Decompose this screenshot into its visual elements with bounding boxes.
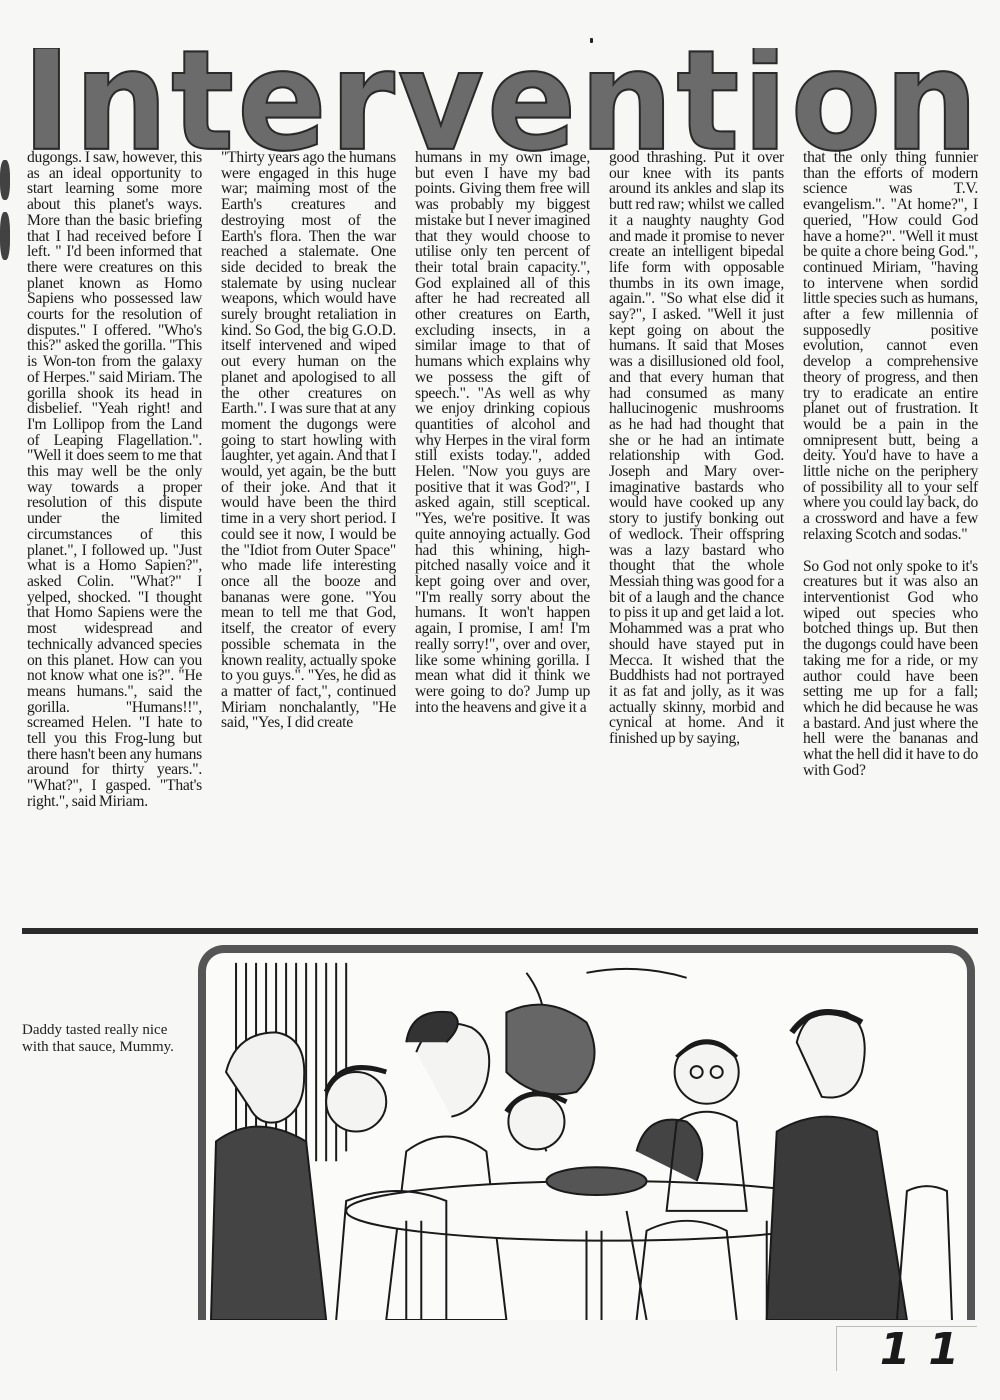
text-column-3: humans in my own image, but even I have … xyxy=(415,150,590,918)
scan-edge-mark xyxy=(0,212,10,260)
magazine-page: Intervention dugongs. I saw, however, th… xyxy=(0,0,1000,1400)
dinner-table-illustration xyxy=(198,945,975,1320)
scan-edge-mark xyxy=(0,160,10,200)
text-column-2: "Thirty years ago the humans were engage… xyxy=(221,150,396,918)
text-column-4: good thrashing. Put it over our knee wit… xyxy=(609,150,784,918)
paragraph: "Thirty years ago the humans were engage… xyxy=(221,150,396,731)
paragraph: dugongs. I saw, however, this as an idea… xyxy=(27,150,202,810)
illustration-caption: Daddy tasted really nice with that sauce… xyxy=(22,1022,197,1056)
paragraph: humans in my own image, but even I have … xyxy=(415,150,590,715)
paragraph: good thrashing. Put it over our knee wit… xyxy=(609,150,784,747)
text-column-5: that the only thing funnier than the eff… xyxy=(803,150,978,918)
scan-speck xyxy=(590,38,593,43)
article-title: Intervention xyxy=(22,48,982,155)
page-number: 11 xyxy=(836,1326,977,1371)
paragraph: So God not only spoke to it's creatures … xyxy=(803,559,978,779)
text-column-1: dugongs. I saw, however, this as an idea… xyxy=(27,150,202,918)
family-dinner-drawing xyxy=(206,953,967,1320)
section-divider-rule xyxy=(22,928,978,934)
article-body: dugongs. I saw, however, this as an idea… xyxy=(27,150,977,918)
paragraph: that the only thing funnier than the eff… xyxy=(803,150,978,543)
